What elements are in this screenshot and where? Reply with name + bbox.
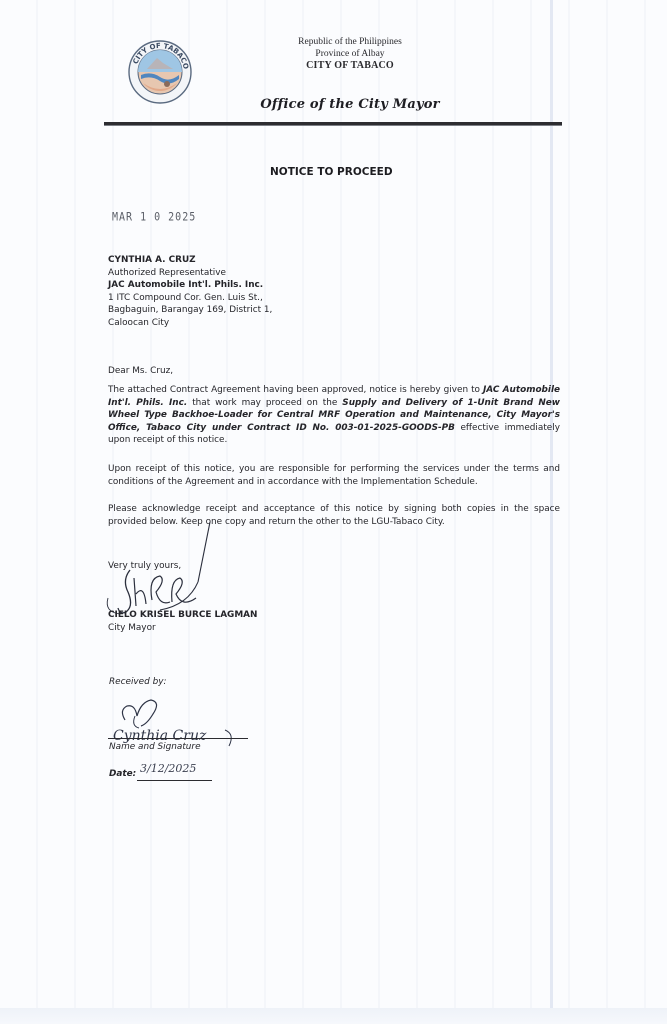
paragraph-notice-text-1: The attached Contract Agreement having b…	[108, 385, 483, 395]
letterhead-office: Office of the City Mayor	[240, 97, 460, 112]
scan-bottom-edge	[0, 1008, 667, 1024]
letterhead-republic: Republic of the Philippines	[220, 37, 480, 47]
salutation: Dear Ms. Cruz,	[108, 365, 560, 378]
recipient-signature-icon: Cynthia Cruz	[105, 690, 255, 750]
city-seal-icon: CITY OF TABACO	[127, 39, 193, 105]
name-signature-label: Name and Signature	[109, 742, 201, 752]
date-stamp: MAR 1 0 2025	[112, 211, 196, 224]
closing: Very truly yours,	[108, 561, 181, 571]
recipient-address-2: Bagbaguin, Barangay 169, District 1,	[108, 304, 272, 317]
date-line	[137, 780, 212, 781]
letterhead-province: Province of Albay	[220, 49, 480, 59]
recipient-block: CYNTHIA A. CRUZ Authorized Representativ…	[108, 254, 272, 330]
recipient-company: JAC Automobile Int'l. Phils. Inc.	[108, 279, 272, 292]
paragraph-acknowledge: Please acknowledge receipt and acceptanc…	[108, 503, 560, 528]
paragraph-notice-text-2: that work may proceed on the	[187, 398, 342, 408]
recipient-name: CYNTHIA A. CRUZ	[108, 254, 272, 267]
letterhead-city: CITY OF TABACO	[220, 60, 480, 71]
date-handwritten: 3/12/2025	[140, 762, 196, 775]
received-by-label: Received by:	[109, 677, 166, 687]
header-divider	[104, 122, 562, 126]
signature-line	[108, 738, 248, 739]
document-title: NOTICE TO PROCEED	[270, 166, 393, 178]
recipient-address-1: 1 ITC Compound Cor. Gen. Luis St.,	[108, 292, 272, 305]
signatory-name: CIELO KRISEL BURCE LAGMAN	[108, 610, 257, 620]
date-label: Date:	[109, 769, 136, 779]
recipient-position: Authorized Representative	[108, 267, 272, 280]
paragraph-responsibility: Upon receipt of this notice, you are res…	[108, 463, 560, 488]
recipient-address-3: Caloocan City	[108, 317, 272, 330]
signatory-title: City Mayor	[108, 623, 156, 633]
paragraph-notice: The attached Contract Agreement having b…	[108, 384, 560, 447]
